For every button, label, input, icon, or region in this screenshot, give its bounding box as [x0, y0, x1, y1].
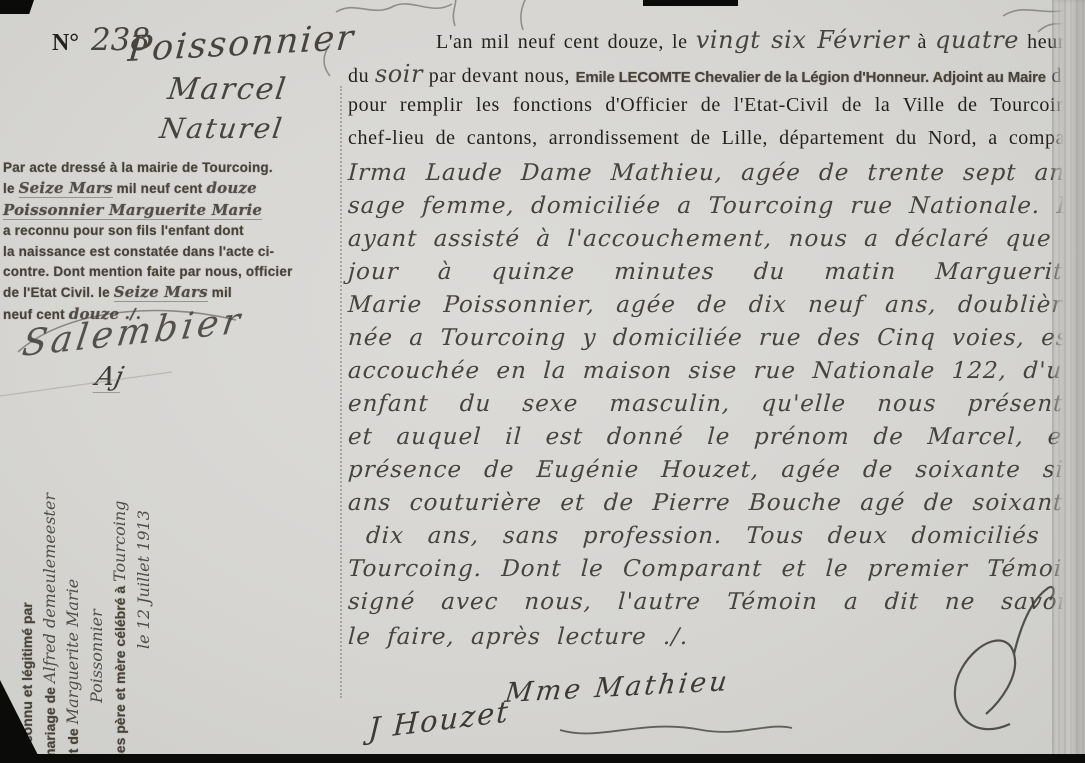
margin-status: Naturel: [158, 112, 286, 145]
handwritten-line: jour à quinze minutes du matin Marguerit…: [347, 259, 1078, 285]
signature-underline-swash: [560, 727, 792, 734]
hour-handwritten: quatre: [935, 26, 1019, 54]
scan-bar-bottom: [0, 754, 1085, 763]
act-intro-line-4: chef-lieu de cantons, arrondissement de …: [348, 127, 1083, 150]
stamp-line: la naissance est constatée dans l'acte c…: [3, 242, 303, 262]
handwritten-line: dix ans, sans profession. Tous deux domi…: [347, 523, 1078, 549]
margin-surname: Poissonnier: [126, 18, 356, 70]
handwritten-line: née a Tourcoing y domiciliée rue des Cin…: [347, 325, 1078, 351]
stamp-line: et de Marguerite Marie: [62, 383, 86, 761]
date-handwritten: vingt six Février: [696, 26, 910, 54]
margin-divider-rule: [340, 86, 342, 698]
mother-name-fill: Marguerite Marie: [63, 579, 82, 725]
date-fill: Seize Mars: [19, 179, 113, 198]
mairie-recognition-stamp: Par acte dressé à la mairie de Tourcoing…: [3, 158, 303, 325]
handwritten-line: accouchée en la maison sise rue National…: [347, 358, 1078, 384]
fold-streaks: [1052, 0, 1085, 763]
stamp-line: le 12 Juillet 1913: [133, 383, 157, 761]
declarant-signature: Mme Mathieu: [503, 666, 731, 709]
scan-bar-top: [643, 0, 738, 6]
handwritten-line: le faire, après lecture ./.: [347, 624, 1078, 650]
time-of-day-handwritten: soir: [375, 60, 423, 88]
handwritten-line: enfant du sexe masculin, qu'elle nous pr…: [347, 391, 1078, 417]
father-name-fill: Alfred demeulemeester: [40, 493, 59, 683]
handwritten-line: ayant assisté à l'accouchement, nous a d…: [347, 226, 1078, 252]
stamp-line: le Seize Mars mil neuf cent douze: [3, 178, 303, 199]
handwritten-line: et auquel il est donné le prénom de Marc…: [347, 424, 1078, 450]
handwritten-line: sage femme, domiciliée a Tourcoing rue N…: [347, 193, 1078, 219]
stamp-line: contre. Dont mention faite par nous, off…: [3, 262, 303, 282]
page-fold-right: [1052, 0, 1085, 763]
handwritten-line: signé avec nous, l'autre Témoin a dit ne…: [347, 589, 1078, 615]
act-intro-line-3: pour remplir les fonctions d'Officier de…: [348, 94, 1083, 117]
act-number-label: N°: [52, 30, 79, 56]
marriage-date-fill: le 12 Juillet 1913: [134, 510, 153, 649]
officer-name-stamp: Emile LECOMTE Chevalier de la Légion d'H…: [576, 69, 1046, 86]
stamp-line: a reconnu pour son fils l'enfant dont: [3, 221, 303, 241]
stamp-line: Poissonnier Marguerite Marie: [3, 200, 303, 221]
stamp-line: mariage de Alfred demeulemeester: [39, 383, 63, 761]
stamp-line: ses père et mère célébré à Tourcoing: [109, 383, 133, 761]
printed-text: du: [348, 65, 369, 87]
stamp-line: Poissonnier: [86, 383, 110, 761]
place-fill: Tourcoing: [110, 501, 129, 582]
date-fill: Seize Mars: [114, 283, 208, 302]
margin-firstname: Marcel: [166, 72, 290, 107]
handwritten-line: Marie Poissonnier, agée de dix neuf ans,…: [347, 292, 1078, 318]
printed-text: à: [917, 31, 926, 53]
mother-name-fill: Poissonnier Marguerite Marie: [3, 201, 262, 220]
stamp-line: Reconnu et légitimé par: [16, 383, 39, 761]
printed-text: par devant nous,: [429, 65, 570, 87]
handwritten-line: ans couturière et de Pierre Bouche agé d…: [347, 490, 1078, 516]
handwritten-line: présence de Eugénie Houzet, agée de soix…: [347, 457, 1078, 483]
mother-surname-fill: Poissonnier: [87, 609, 106, 703]
handwritten-line: Tourcoing. Dont le Comparant et le premi…: [347, 556, 1078, 582]
year-fill: douze: [206, 179, 256, 197]
handwritten-line: Irma Laude Dame Mathieu, agée de trente …: [347, 160, 1078, 186]
legitimation-stamp-rotated: Reconnu et légitimé par mariage de Alfre…: [16, 383, 156, 761]
stamp-line: de l'Etat Civil. le Seize Mars mil: [3, 282, 303, 303]
act-intro-line-2: du soir par devant nous, Emile LECOMTE C…: [348, 60, 1083, 88]
scan-mark-top-left: [0, 0, 34, 14]
act-intro-line-1: L'an mil neuf cent douze, le vingt six F…: [348, 26, 1083, 54]
stamp-line: Par acte dressé à la mairie de Tourcoing…: [3, 158, 303, 178]
witness-signature: J Houzet: [368, 694, 511, 746]
printed-text: L'an mil neuf cent douze, le: [436, 31, 688, 53]
